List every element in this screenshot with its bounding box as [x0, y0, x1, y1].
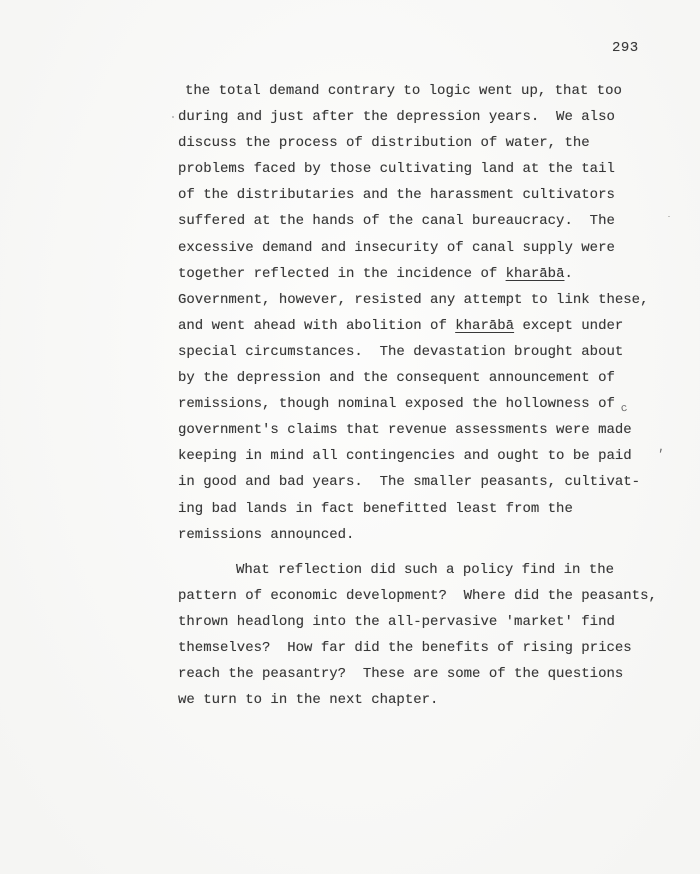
underlined-term-kharaba: kharābā [506, 266, 565, 282]
underlined-term-kharaba: kharābā [455, 318, 514, 334]
scan-speck [575, 455, 577, 456]
text-segment: . [564, 266, 572, 282]
text-line: by the depression and the consequent ann… [178, 365, 678, 391]
page-body-text: the total demand contrary to logic went … [178, 78, 678, 713]
text-line: government's claims that revenue assessm… [178, 417, 678, 443]
paragraph-2: What reflection did such a policy find i… [178, 557, 678, 714]
text-line: special circumstances. The devastation b… [178, 339, 678, 365]
scan-speck [306, 538, 308, 540]
text-line: pattern of economic development? Where d… [178, 583, 678, 609]
text-line: keeping in mind all contingencies and ou… [178, 443, 678, 469]
paragraph-1: the total demand contrary to logic went … [178, 78, 678, 548]
text-segment: and went ahead with abolition of [178, 318, 455, 334]
text-line: remissions announced. [178, 522, 678, 548]
text-line: themselves? How far did the benefits of … [178, 635, 678, 661]
text-line: thrown headlong into the all-pervasive '… [178, 609, 678, 635]
text-line: during and just after the depression yea… [178, 104, 678, 130]
text-line: suffered at the hands of the canal burea… [178, 208, 678, 234]
text-line: ing bad lands in fact benefitted least f… [178, 496, 678, 522]
scan-speck [172, 116, 174, 118]
text-line: in good and bad years. The smaller peasa… [178, 469, 678, 495]
text-line: we turn to in the next chapter. [178, 687, 678, 713]
text-line: remissions, though nominal exposed the h… [178, 391, 678, 417]
text-line: problems faced by those cultivating land… [178, 156, 678, 182]
scan-speck [668, 216, 670, 217]
text-line: reach the peasantry? These are some of t… [178, 661, 678, 687]
stray-pen-mark: c [620, 404, 628, 416]
text-line: What reflection did such a policy find i… [178, 557, 678, 583]
text-segment: together reflected in the incidence of [178, 266, 506, 282]
page-number: 293 [612, 40, 639, 56]
scanned-document-page: 293 the total demand contrary to logic w… [0, 0, 700, 874]
text-line-with-term: together reflected in the incidence of k… [178, 261, 678, 287]
text-line: discuss the process of distribution of w… [178, 130, 678, 156]
text-segment: except under [514, 318, 623, 334]
text-line: of the distributaries and the harassment… [178, 182, 678, 208]
text-line: Government, however, resisted any attemp… [178, 287, 678, 313]
text-line: excessive demand and insecurity of canal… [178, 235, 678, 261]
text-line: the total demand contrary to logic went … [185, 78, 678, 104]
text-line-with-term: and went ahead with abolition of kharābā… [178, 313, 678, 339]
